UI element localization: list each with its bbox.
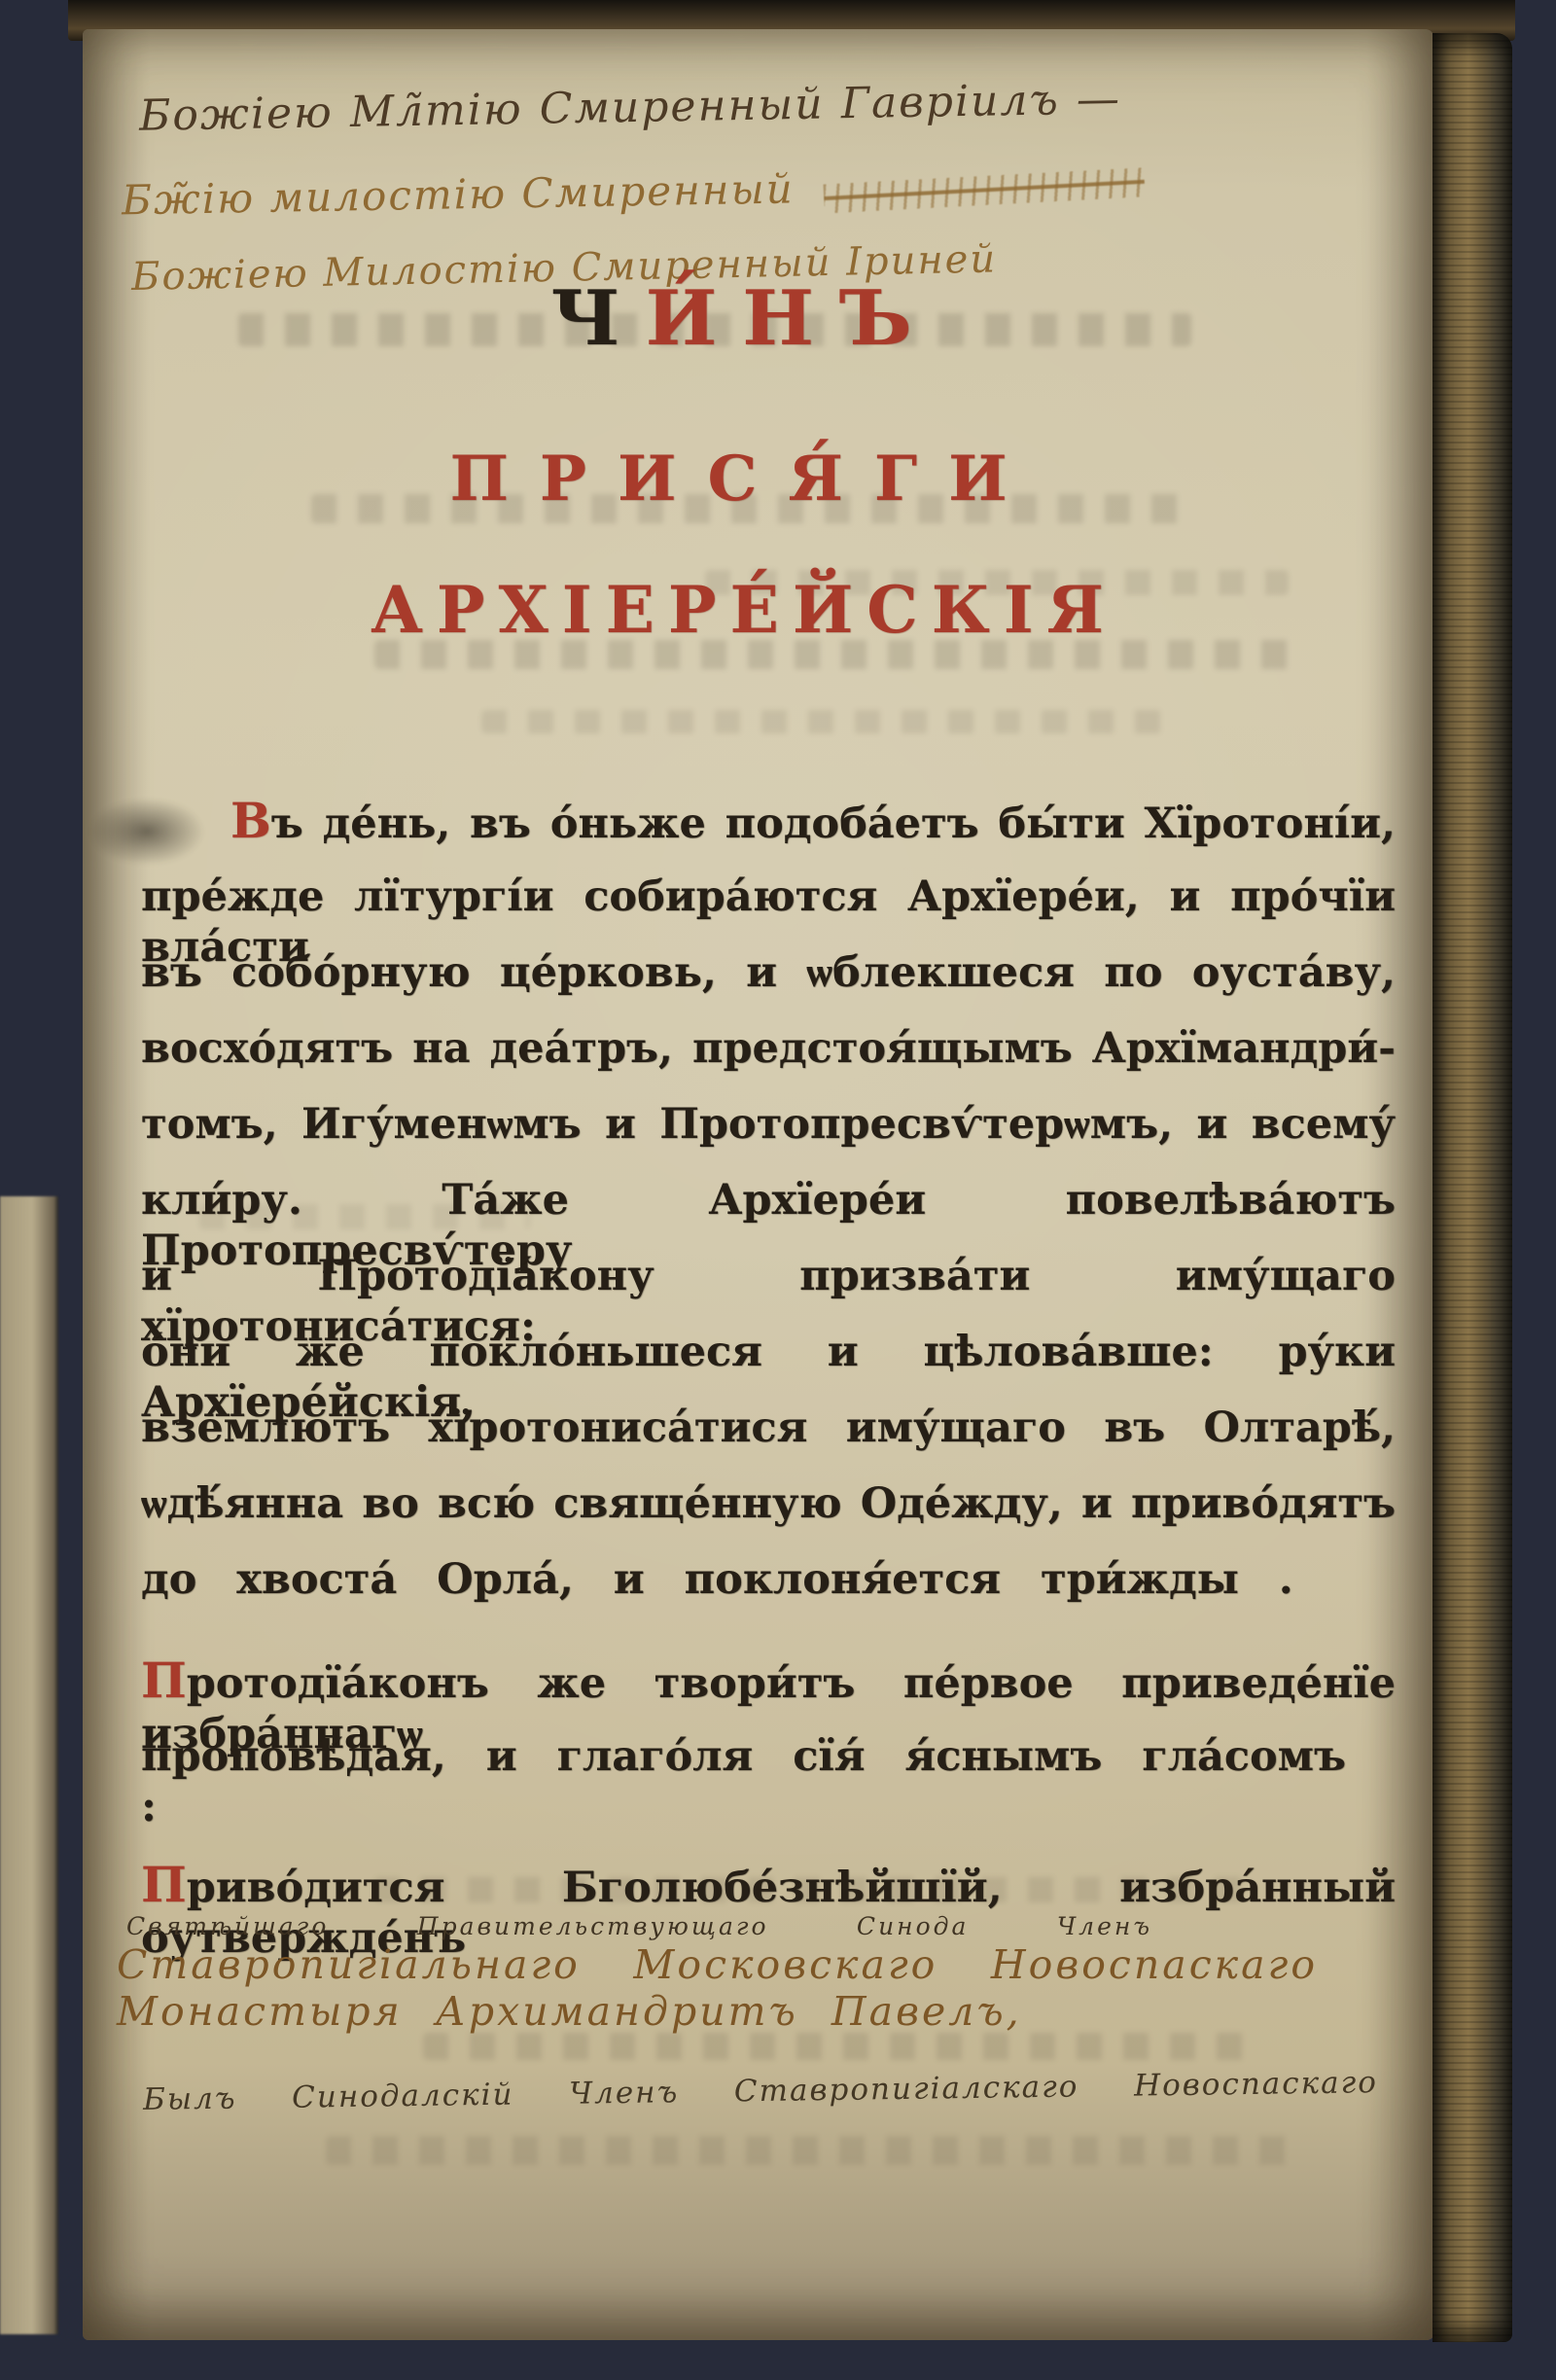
inscription-text: Божіею Мл̃тію Смиренный Гавріилъ —	[139, 74, 1122, 141]
adjacent-page-sliver	[0, 1196, 58, 2334]
body-line: о́ни же покло́ньшеся и цѣлова́вше: ру́ки…	[141, 1327, 1396, 1383]
rubric-initial: В	[230, 793, 271, 849]
rubric-initial: П	[141, 1857, 187, 1913]
body-line: Протодїа́конъ же твори́тъ пе́рвое привед…	[141, 1655, 1396, 1712]
body-line: кли́ру. Та́же Архїере́и повелѣва́ютъ Про…	[141, 1175, 1396, 1231]
struck-name-scribble	[823, 167, 1145, 213]
manuscript-page: Божіею Мл̃тію Смиренный Гавріилъ — Бж̃ію…	[83, 29, 1434, 2340]
photo-background: Божіею Мл̃тію Смиренный Гавріилъ — Бж̃ію…	[0, 0, 1556, 2380]
body-line: восхо́дятъ на деа́тръ, предстоя́щымъ Арх…	[141, 1023, 1396, 1080]
body-line: взе́млютъ хїротониса́тися иму́щаго въ Ол…	[141, 1403, 1396, 1459]
body-line: ѡдѣ́янна во всю́ свяще́нную Оде́жду, и п…	[141, 1478, 1396, 1535]
body-line: пре́жде лїтургі́и собира́ются Архїере́и,…	[141, 871, 1396, 928]
title-line-prisyagi: ПРИСЯ́ГИ	[117, 443, 1371, 515]
bleedthrough-ghost	[481, 710, 1162, 733]
body-line: и Протодїа́кону призва́ти иму́щаго хїрот…	[141, 1251, 1396, 1307]
handwritten-inscription-struck: Бж̃ію милостію Смиренный	[122, 155, 1392, 225]
bleedthrough-ghost	[326, 2136, 1298, 2165]
inscription-text: Бж̃ію милостію Смиренный	[122, 164, 795, 224]
handwritten-note-bottom: Былъ Синодалскій Членъ Ставропигіалскаго…	[143, 2065, 1378, 2117]
title-initial: Ч	[550, 274, 645, 363]
title-line-chin: ЧИ́НЪ	[117, 274, 1371, 363]
handwritten-insert-archimandrite-pavel: Монастыря Архимандритъ Павелъ,	[117, 1988, 1089, 2035]
title-rest: И́НЪ	[646, 274, 937, 363]
title-line-arhierejskija: АРХІЕРЕ́ЙСКІЯ	[117, 572, 1371, 648]
rubric-initial: П	[141, 1652, 187, 1709]
body-line: въ собо́рную це́рковь, и ѡблекшеся по оу…	[141, 947, 1396, 1004]
handwritten-inscription-gavriil: Божіею Мл̃тію Смиренный Гавріилъ —	[139, 74, 1122, 141]
handwritten-insert-synod-member: Святѣйшаго Правительствующаго Синода Чле…	[126, 1912, 1152, 1940]
body-line: Въ де́нь, въ о́ньже подоба́етъ бы́ти Хїр…	[141, 796, 1396, 852]
body-line: проповѣ́дая, и глаго́ля сїя́ я́снымъ гла…	[141, 1731, 1396, 1788]
bleedthrough-ghost	[423, 2033, 1250, 2060]
body-line: томъ, Игу́менѡмъ и Протопресвѵ́терѡмъ, и…	[141, 1099, 1396, 1155]
handwritten-insert-stavropigial: Ставропигіальнаго Московскаго Новоспаска…	[117, 1941, 1318, 1988]
book-fore-edge	[1432, 33, 1512, 2342]
body-line: Приво́дится Бголюбе́знѣйшїй, избра́нный …	[141, 1860, 1396, 1916]
body-line: до хвоста́ Орла́, и поклоня́ется три́жды…	[141, 1554, 1396, 1611]
body-text: ъ де́нь, въ о́ньже подоба́етъ бы́ти Хїро…	[271, 799, 1396, 848]
